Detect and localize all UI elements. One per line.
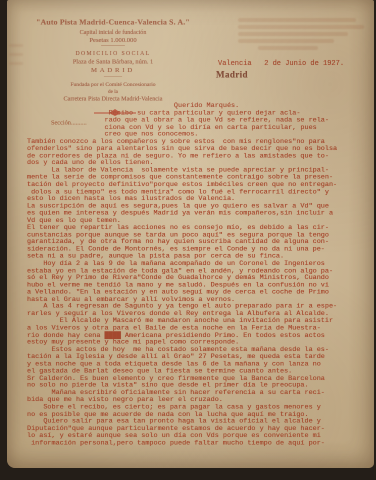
capital-amount: Pesetas 1.000.000 [22,37,204,44]
bleed-line [238,39,334,43]
letter-body: Querido Marqués. Recibo su carta particu… [27,103,376,447]
company-name: "Auto Pista Madrid-Cuenca-Valencia S. A.… [22,18,204,26]
letterhead: "Auto Pista Madrid-Cuenca-Valencia S. A.… [22,18,204,102]
letter-paper: "Auto Pista Madrid-Cuenca-Valencia S. A.… [7,0,374,468]
bleed-line [9,44,23,47]
scanned-letter: "Auto Pista Madrid-Cuenca-Valencia S. A.… [0,0,376,480]
letterhead-divider [104,76,122,77]
body-line: información personal,pero tampoco puede … [27,440,376,447]
letterhead-city: MADRID [22,66,204,74]
bleed-line [238,25,364,29]
founded-line: de la [22,88,204,94]
bleed-line [9,62,23,65]
capital-label: Capital inicial de fundación [22,29,204,36]
address-label: DOMICILIO SOCIAL [22,50,204,56]
founded-line: Carretera Pista Directa Madrid-Valencia [22,95,204,102]
address-line: Plaza de Santa Bárbara, núm. 1 [22,58,204,65]
bleed-line [9,53,23,56]
letterhead-divider [101,45,125,46]
founded-line: Fundada por el Comité Concesionario [22,81,204,87]
madrid-note: Madrid [216,69,248,80]
bleed-line [238,18,356,22]
bleed-through-text [238,15,372,53]
bleed-line [258,46,318,50]
dateline: Valencia 2 de Junio de 1927. [218,60,344,68]
bleed-through-left [9,38,23,71]
bleed-line [238,32,348,36]
